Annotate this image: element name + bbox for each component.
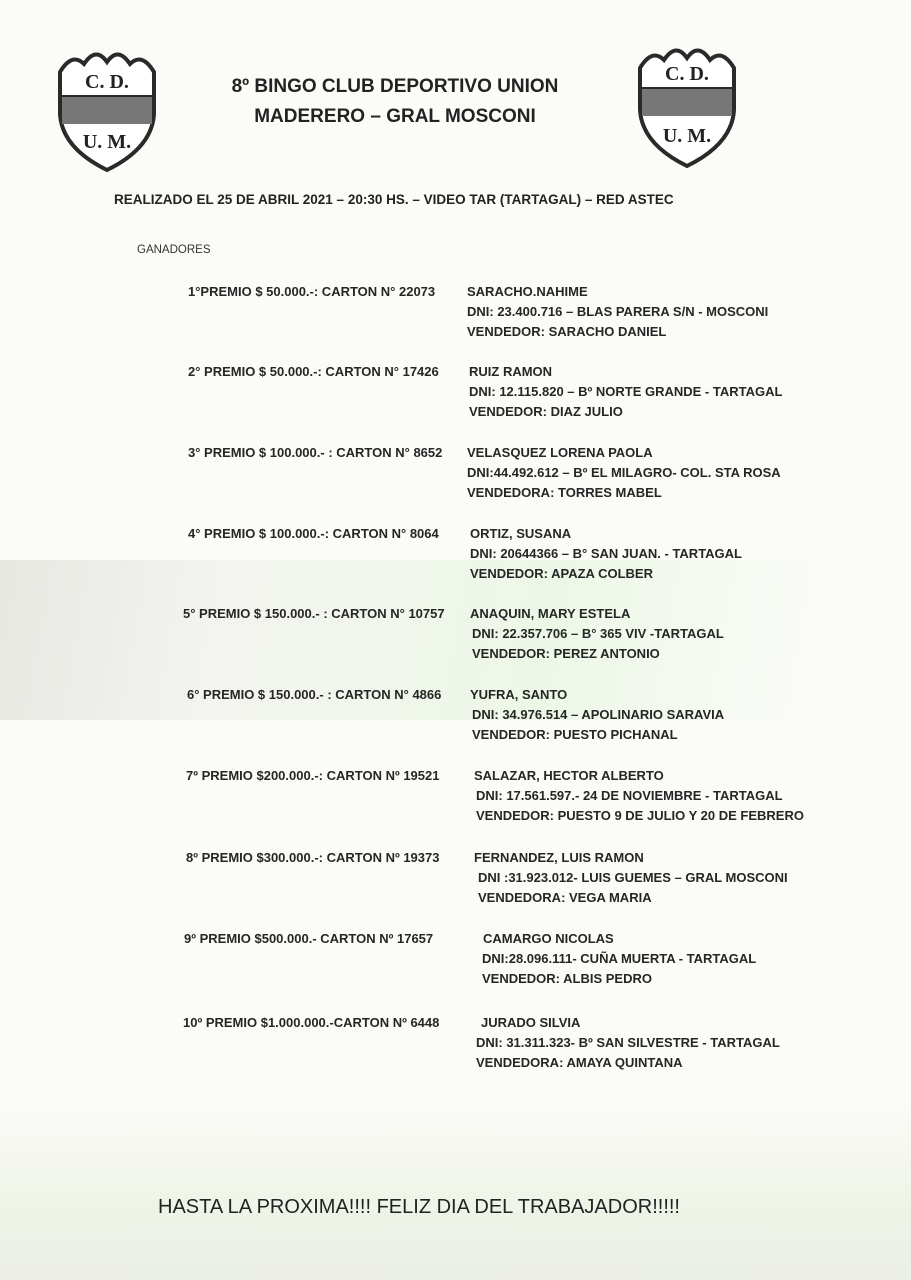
winner-details: DNI:28.096.111- CUÑA MUERTA - TARTAGAL <box>482 949 756 969</box>
prize-heading: 10º PREMIO $1.000.000.-CARTON Nº 6448 <box>183 1013 439 1033</box>
club-shield-logo-left: C. D. U. M. <box>52 44 162 174</box>
winner-name: CAMARGO NICOLAS <box>483 929 614 949</box>
title-line-2: MADERERO – GRAL MOSCONI <box>200 102 590 132</box>
seller-name: VENDEDOR: PUESTO 9 DE JULIO Y 20 DE FEBR… <box>476 806 804 826</box>
seller-name: VENDEDORA: VEGA MARIA <box>478 888 652 908</box>
prize-heading: 7º PREMIO $200.000.-: CARTON Nº 19521 <box>186 766 439 786</box>
seller-name: VENDEDOR: PUESTO PICHANAL <box>472 725 678 745</box>
svg-text:C. D.: C. D. <box>665 63 709 85</box>
winner-name: ANAQUIN, MARY ESTELA <box>470 604 630 624</box>
seller-name: VENDEDOR: DIAZ JULIO <box>469 402 623 422</box>
winner-name: SARACHO.NAHIME <box>467 282 588 302</box>
winner-details: DNI: 17.561.597.- 24 DE NOVIEMBRE - TART… <box>476 786 783 806</box>
winner-details: DNI: 22.357.706 – B° 365 VIV -TARTAGAL <box>472 624 724 644</box>
prize-heading: 4° PREMIO $ 100.000.-: CARTON N° 8064 <box>188 524 439 544</box>
winner-name: RUIZ RAMON <box>469 362 552 382</box>
document-title: 8º BINGO CLUB DEPORTIVO UNION MADERERO –… <box>200 72 590 132</box>
winner-name: JURADO SILVIA <box>481 1013 580 1033</box>
prize-heading: 2° PREMIO $ 50.000.-: CARTON N° 17426 <box>188 362 439 382</box>
winner-name: ORTIZ, SUSANA <box>470 524 571 544</box>
winner-details: DNI: 12.115.820 – Bº NORTE GRANDE - TART… <box>469 382 782 402</box>
prize-heading: 6° PREMIO $ 150.000.- : CARTON N° 4866 <box>187 685 441 705</box>
club-shield-logo-right: C. D. U. M. <box>632 40 742 170</box>
svg-text:U. M.: U. M. <box>83 131 131 153</box>
prize-heading: 8º PREMIO $300.000.-: CARTON Nº 19373 <box>186 848 439 868</box>
winner-details: DNI: 20644366 – B° SAN JUAN. - TARTAGAL <box>470 544 742 564</box>
winners-heading: GANADORES <box>137 244 211 256</box>
winner-details: DNI: 31.311.323- Bº SAN SILVESTRE - TART… <box>476 1033 780 1053</box>
winner-details: DNI: 34.976.514 – APOLINARIO SARAVIA <box>472 705 724 725</box>
seller-name: VENDEDOR: PEREZ ANTONIO <box>472 644 660 664</box>
prize-heading: 9º PREMIO $500.000.- CARTON Nº 17657 <box>184 929 433 949</box>
winner-details: DNI :31.923.012- LUIS GUEMES – GRAL MOSC… <box>478 868 788 888</box>
event-details: REALIZADO EL 25 DE ABRIL 2021 – 20:30 HS… <box>114 192 674 207</box>
winner-details: DNI: 23.400.716 – BLAS PARERA S/N - MOSC… <box>467 302 768 322</box>
winner-name: VELASQUEZ LORENA PAOLA <box>467 443 653 463</box>
winner-name: SALAZAR, HECTOR ALBERTO <box>474 766 664 786</box>
title-line-1: 8º BINGO CLUB DEPORTIVO UNION <box>200 72 590 102</box>
seller-name: VENDEDOR: ALBIS PEDRO <box>482 969 652 989</box>
winner-details: DNI:44.492.612 – Bº EL MILAGRO- COL. STA… <box>467 463 781 483</box>
scan-tint <box>0 560 911 720</box>
seller-name: VENDEDOR: SARACHO DANIEL <box>467 322 666 342</box>
winner-name: FERNANDEZ, LUIS RAMON <box>474 848 644 868</box>
footer-message: HASTA LA PROXIMA!!!! FELIZ DIA DEL TRABA… <box>158 1196 680 1219</box>
svg-text:C. D.: C. D. <box>85 71 129 93</box>
prize-heading: 3° PREMIO $ 100.000.- : CARTON N° 8652 <box>188 443 442 463</box>
seller-name: VENDEDORA: TORRES MABEL <box>467 483 662 503</box>
seller-name: VENDEDOR: APAZA COLBER <box>470 564 653 584</box>
seller-name: VENDEDORA: AMAYA QUINTANA <box>476 1053 683 1073</box>
prize-heading: 1°PREMIO $ 50.000.-: CARTON N° 22073 <box>188 282 435 302</box>
prize-heading: 5° PREMIO $ 150.000.- : CARTON N° 10757 <box>183 604 445 624</box>
svg-text:U. M.: U. M. <box>663 125 711 147</box>
winner-name: YUFRA, SANTO <box>470 685 567 705</box>
scan-tint-bottom <box>0 1100 911 1280</box>
